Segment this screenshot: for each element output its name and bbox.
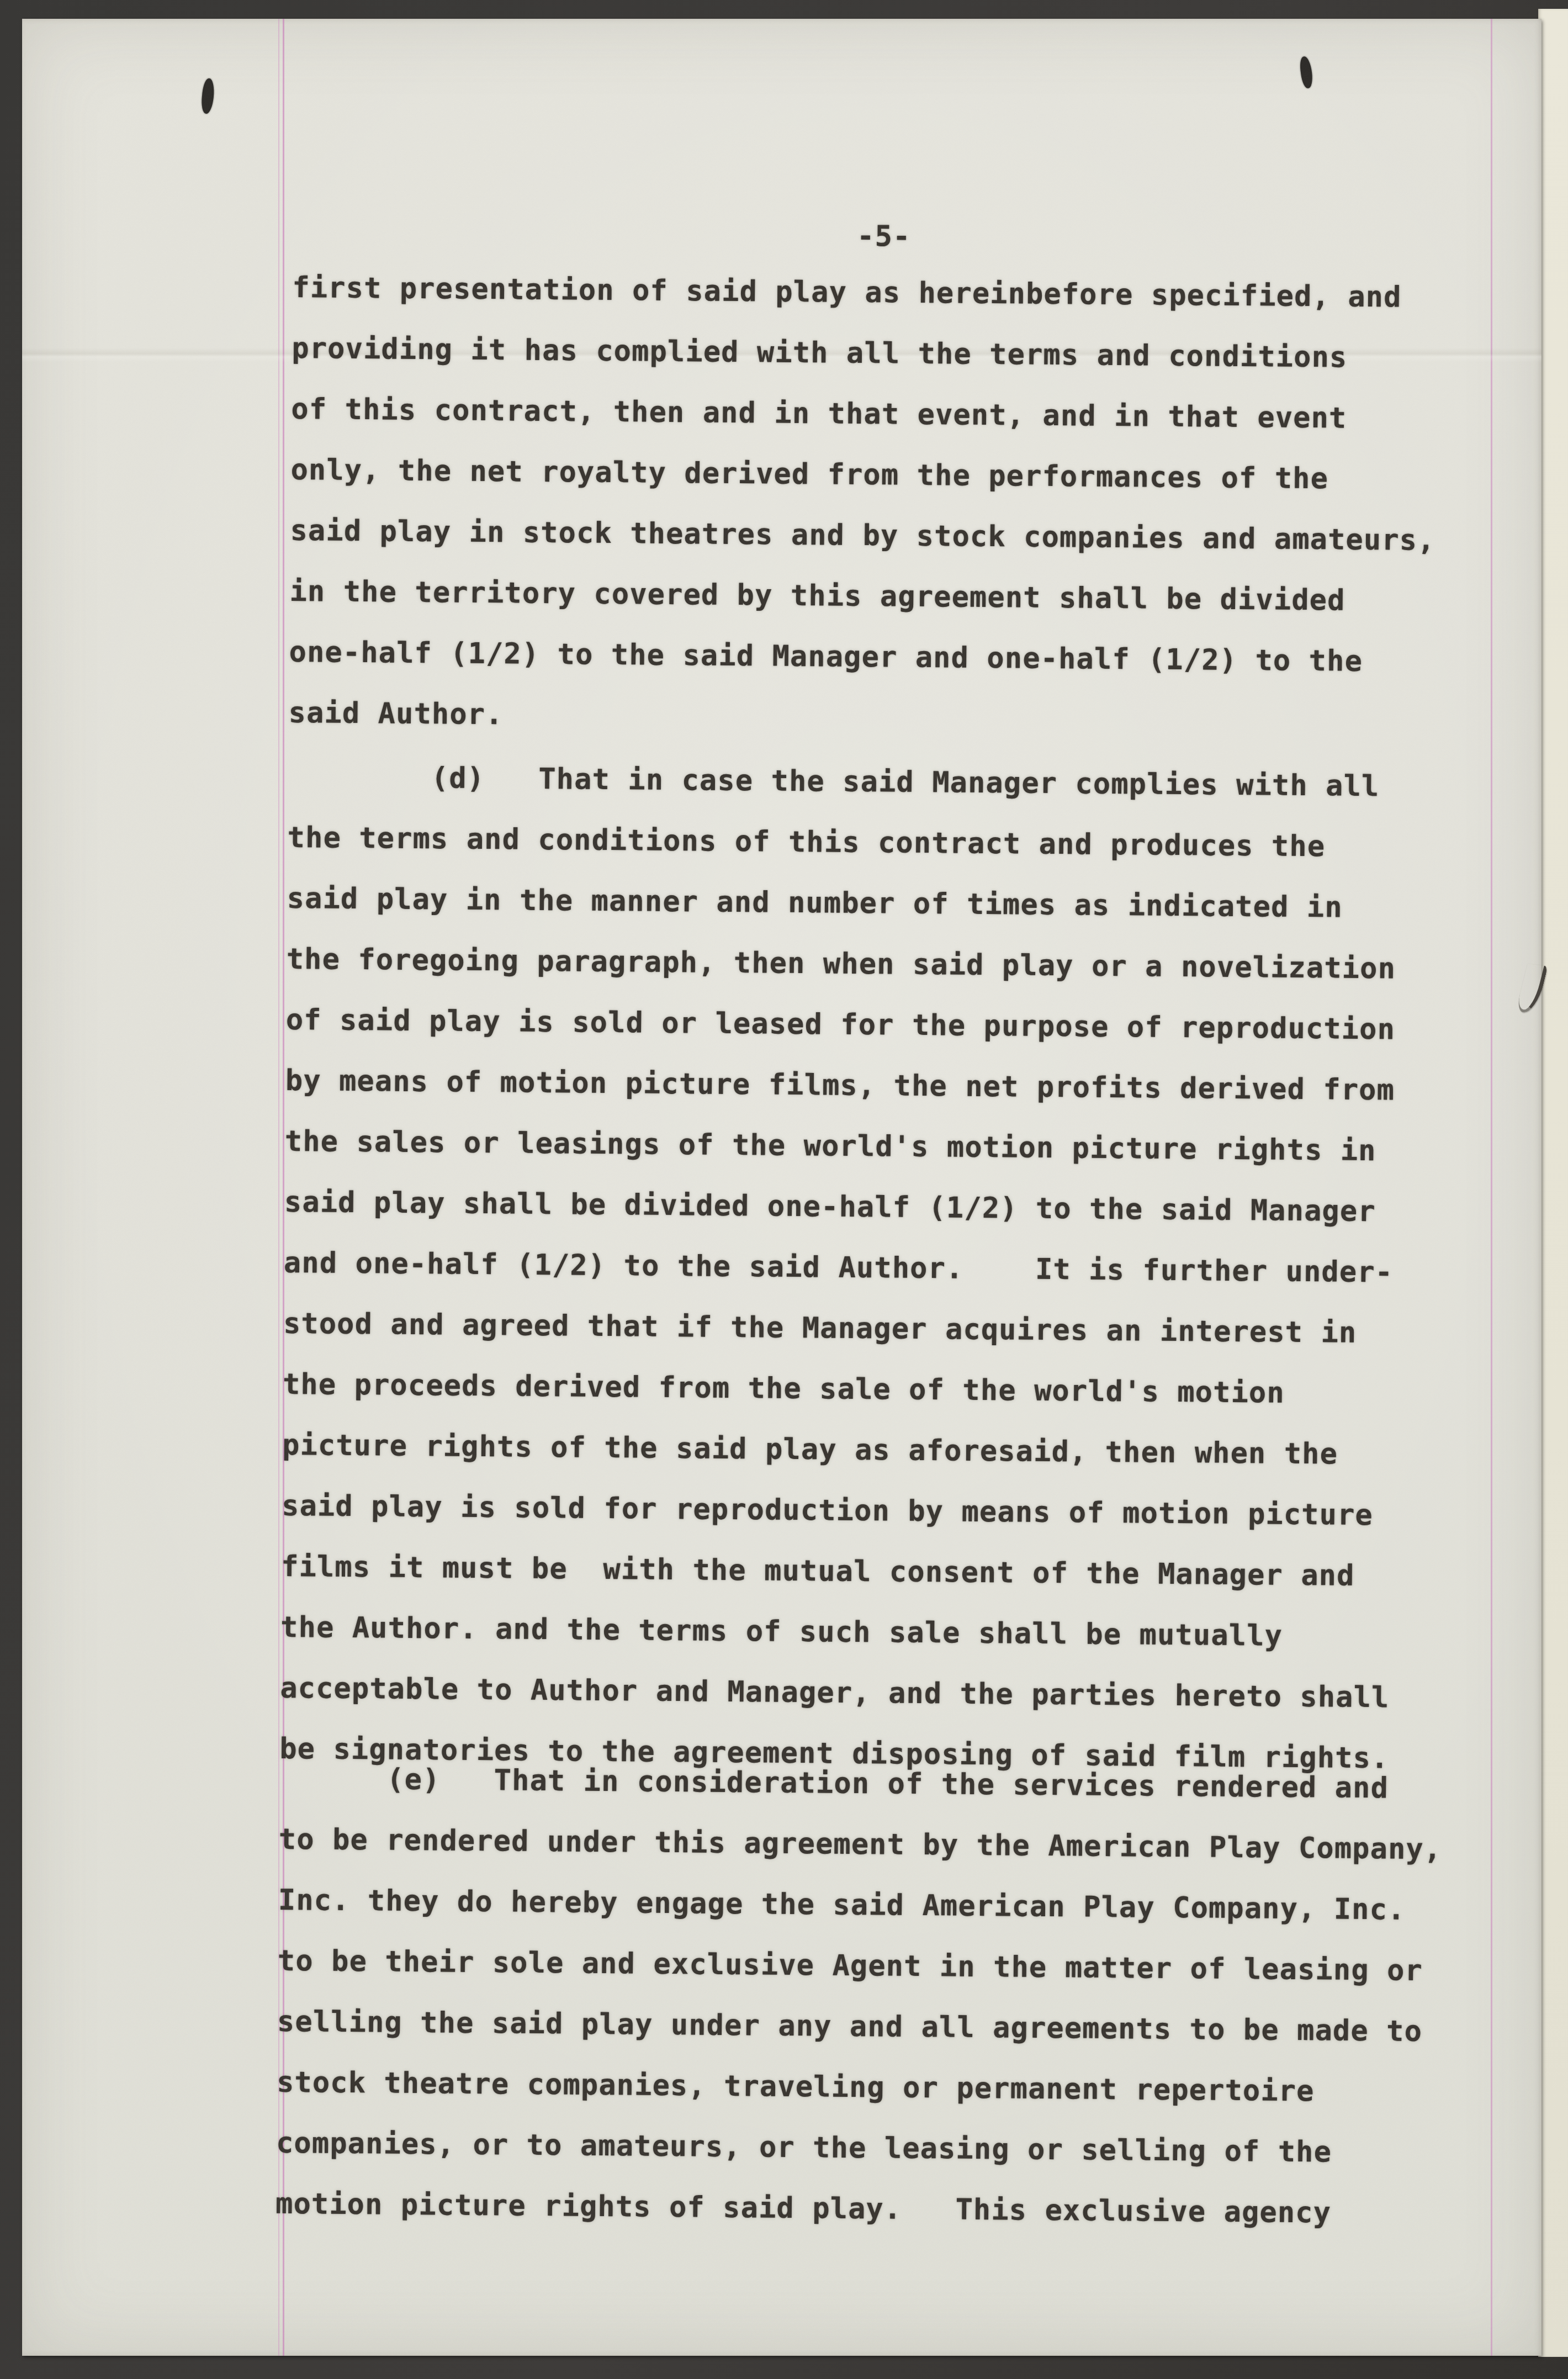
paragraph-clause-e: (e) That in consideration of the service…: [276, 1748, 1443, 2244]
underlying-sheet-edge: [1538, 9, 1568, 2357]
page-number: -5-: [857, 206, 911, 267]
paragraph-clause-d: (d) That in case the said Manager compli…: [279, 747, 1397, 1789]
paragraph-continuation: first presentation of said play as herei…: [288, 257, 1438, 753]
typewritten-text-block: -5- first presentation of said play as h…: [4, 17, 1544, 2367]
document-page: -5- first presentation of said play as h…: [22, 19, 1541, 2356]
